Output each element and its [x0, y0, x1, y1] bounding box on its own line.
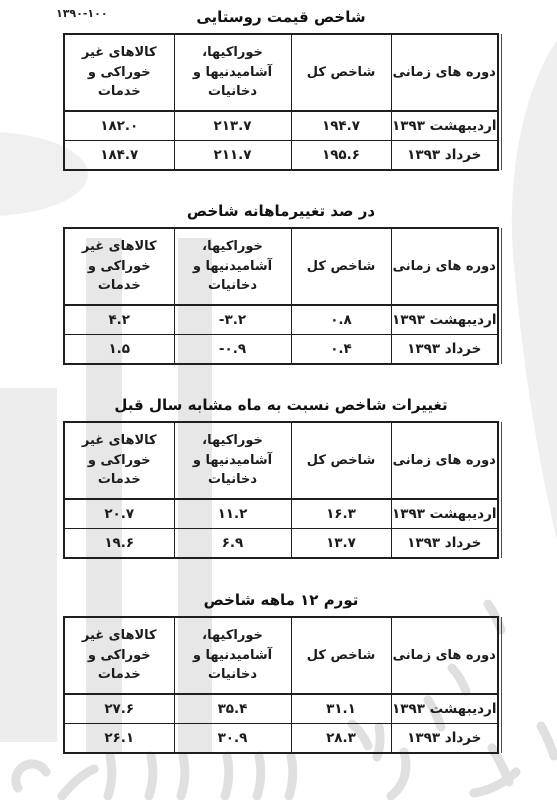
header-line: خوراکیها،: [175, 431, 291, 451]
cell-food: ۱۱.۲: [174, 499, 291, 529]
col-header-total-index: شاخص کل: [291, 617, 391, 694]
cell-total-index: ۳۱.۱: [291, 694, 391, 724]
header-line: دخانیات: [175, 276, 291, 296]
table-header-row: دوره های زمانی شاخص کل خوراکیها، آشامیدن…: [64, 617, 498, 694]
document-content: ۱۳۹۰-۱۰۰ شاخص قیمت روستایی دوره های زمان…: [0, 0, 557, 800]
col-header-total-index: شاخص کل: [291, 228, 391, 305]
cell-period: اردیبهشت ۱۳۹۳: [391, 694, 498, 724]
section-rural-price-index: شاخص قیمت روستایی دوره های زمانی شاخص کل…: [63, 6, 499, 171]
cell-period: اردیبهشت ۱۳۹۳: [391, 305, 498, 335]
cell-food: ۲۱۱.۷: [174, 141, 291, 171]
header-line: آشامیدنیها و: [175, 257, 291, 277]
header-line: دخانیات: [175, 665, 291, 685]
table-row: خرداد ۱۳۹۳ ۱۹۵.۶ ۲۱۱.۷ ۱۸۴.۷: [64, 141, 498, 171]
table-frame: دوره های زمانی شاخص کل خوراکیها، آشامیدن…: [63, 421, 499, 559]
col-header-nonfood-services: کالاهای غیر خوراکی و خدمات: [64, 422, 174, 499]
cell-nonfood: ۲۷.۶: [64, 694, 174, 724]
cell-total-index: ۱۹۵.۶: [291, 141, 391, 171]
cell-nonfood: ۱۹.۶: [64, 529, 174, 559]
table-title: تورم ۱۲ ماهه شاخص: [63, 589, 499, 611]
header-line: خوراکی و خدمات: [65, 451, 174, 490]
cell-food: ۶.۹: [174, 529, 291, 559]
cell-nonfood: ۱۸۴.۷: [64, 141, 174, 171]
cell-period: خرداد ۱۳۹۳: [391, 141, 498, 171]
table-title: شاخص قیمت روستایی: [63, 6, 499, 28]
cell-nonfood: ۴.۲: [64, 305, 174, 335]
cell-period: خرداد ۱۳۹۳: [391, 724, 498, 754]
table-row: خرداد ۱۳۹۳ ۰.۴ -۰.۹ ۱.۵: [64, 335, 498, 365]
table-frame: دوره های زمانی شاخص کل خوراکیها، آشامیدن…: [63, 616, 499, 754]
table-row: اردیبهشت ۱۳۹۳ ۱۹۴.۷ ۲۱۳.۷ ۱۸۲.۰: [64, 111, 498, 141]
table-header-row: دوره های زمانی شاخص کل خوراکیها، آشامیدن…: [64, 422, 498, 499]
cell-period: اردیبهشت ۱۳۹۳: [391, 499, 498, 529]
header-line: آشامیدنیها و: [175, 451, 291, 471]
yearly-change-table: دوره های زمانی شاخص کل خوراکیها، آشامیدن…: [63, 421, 499, 559]
header-line: خوراکیها،: [175, 237, 291, 257]
document-page: ۱۳۹۰-۱۰۰ شاخص قیمت روستایی دوره های زمان…: [0, 0, 557, 800]
header-line: دخانیات: [175, 82, 291, 102]
table-title: تغییرات شاخص نسبت به ماه مشابه سال قبل: [63, 394, 499, 416]
col-header-food-beverages-tobacco: خوراکیها، آشامیدنیها و دخانیات: [174, 617, 291, 694]
header-line: دخانیات: [175, 470, 291, 490]
table-row: خرداد ۱۳۹۳ ۱۳.۷ ۶.۹ ۱۹.۶: [64, 529, 498, 559]
col-header-nonfood-services: کالاهای غیر خوراکی و خدمات: [64, 617, 174, 694]
col-header-period: دوره های زمانی: [391, 34, 498, 111]
cell-total-index: ۲۸.۳: [291, 724, 391, 754]
header-line: آشامیدنیها و: [175, 63, 291, 83]
col-header-total-index: شاخص کل: [291, 422, 391, 499]
col-header-food-beverages-tobacco: خوراکیها، آشامیدنیها و دخانیات: [174, 228, 291, 305]
col-header-nonfood-services: کالاهای غیر خوراکی و خدمات: [64, 228, 174, 305]
cell-food: ۳۵.۴: [174, 694, 291, 724]
cell-food: -۳.۲: [174, 305, 291, 335]
cell-period: خرداد ۱۳۹۳: [391, 335, 498, 365]
header-line: خوراکی و خدمات: [65, 646, 174, 685]
table-frame: دوره های زمانی شاخص کل خوراکیها، آشامیدن…: [63, 33, 499, 171]
section-12month-inflation: تورم ۱۲ ماهه شاخص دوره های زمانی شاخص کل…: [63, 589, 499, 754]
header-line: آشامیدنیها و: [175, 646, 291, 666]
cell-nonfood: ۱۸۲.۰: [64, 111, 174, 141]
table-header-row: دوره های زمانی شاخص کل خوراکیها، آشامیدن…: [64, 228, 498, 305]
header-line: کالاهای غیر: [65, 431, 174, 451]
cell-total-index: ۰.۴: [291, 335, 391, 365]
cell-total-index: ۱۳.۷: [291, 529, 391, 559]
cell-total-index: ۱۶.۳: [291, 499, 391, 529]
cell-food: ۳۰.۹: [174, 724, 291, 754]
monthly-change-table: دوره های زمانی شاخص کل خوراکیها، آشامیدن…: [63, 227, 499, 365]
header-line: خوراکیها،: [175, 43, 291, 63]
section-monthly-change: در صد تغییرماهانه شاخص دوره های زمانی شا…: [63, 200, 499, 365]
table-row: خرداد ۱۳۹۳ ۲۸.۳ ۳۰.۹ ۲۶.۱: [64, 724, 498, 754]
inflation-12month-table: دوره های زمانی شاخص کل خوراکیها، آشامیدن…: [63, 616, 499, 754]
cell-period: اردیبهشت ۱۳۹۳: [391, 111, 498, 141]
header-line: خوراکی و خدمات: [65, 257, 174, 296]
col-header-food-beverages-tobacco: خوراکیها، آشامیدنیها و دخانیات: [174, 422, 291, 499]
col-header-period: دوره های زمانی: [391, 228, 498, 305]
section-yearly-change: تغییرات شاخص نسبت به ماه مشابه سال قبل د…: [63, 394, 499, 559]
cell-food: ۲۱۳.۷: [174, 111, 291, 141]
table-frame: دوره های زمانی شاخص کل خوراکیها، آشامیدن…: [63, 227, 499, 365]
table-row: اردیبهشت ۱۳۹۳ ۱۶.۳ ۱۱.۲ ۲۰.۷: [64, 499, 498, 529]
header-line: خوراکیها،: [175, 626, 291, 646]
table-row: اردیبهشت ۱۳۹۳ ۳۱.۱ ۳۵.۴ ۲۷.۶: [64, 694, 498, 724]
col-header-food-beverages-tobacco: خوراکیها، آشامیدنیها و دخانیات: [174, 34, 291, 111]
table-header-row: دوره های زمانی شاخص کل خوراکیها، آشامیدن…: [64, 34, 498, 111]
header-line: کالاهای غیر: [65, 43, 174, 63]
table-title: در صد تغییرماهانه شاخص: [63, 200, 499, 222]
cell-total-index: ۱۹۴.۷: [291, 111, 391, 141]
col-header-period: دوره های زمانی: [391, 422, 498, 499]
header-line: کالاهای غیر: [65, 237, 174, 257]
header-line: خوراکی و خدمات: [65, 63, 174, 102]
col-header-nonfood-services: کالاهای غیر خوراکی و خدمات: [64, 34, 174, 111]
cell-nonfood: ۲۶.۱: [64, 724, 174, 754]
col-header-total-index: شاخص کل: [291, 34, 391, 111]
col-header-period: دوره های زمانی: [391, 617, 498, 694]
cell-nonfood: ۱.۵: [64, 335, 174, 365]
cell-food: -۰.۹: [174, 335, 291, 365]
table-row: اردیبهشت ۱۳۹۳ ۰.۸ -۳.۲ ۴.۲: [64, 305, 498, 335]
header-line: کالاهای غیر: [65, 626, 174, 646]
cell-period: خرداد ۱۳۹۳: [391, 529, 498, 559]
cell-nonfood: ۲۰.۷: [64, 499, 174, 529]
rural-price-index-table: دوره های زمانی شاخص کل خوراکیها، آشامیدن…: [63, 33, 499, 171]
cell-total-index: ۰.۸: [291, 305, 391, 335]
